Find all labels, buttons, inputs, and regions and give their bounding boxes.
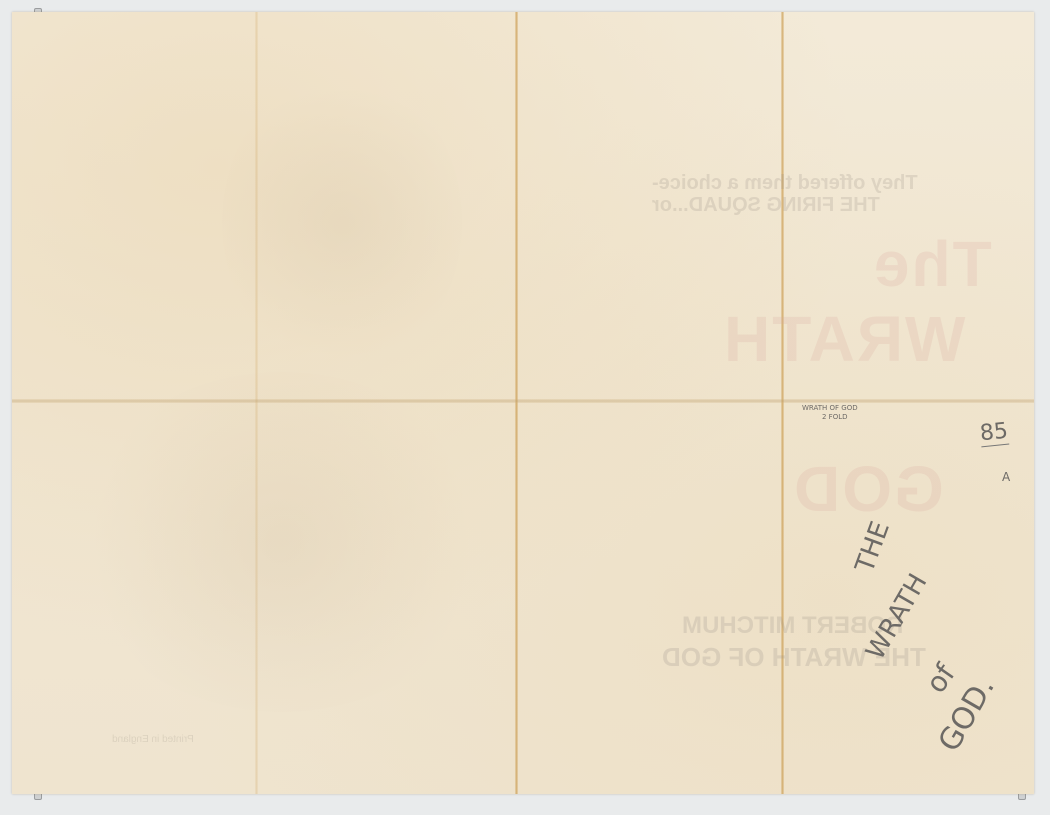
pencil-number: 85 bbox=[979, 419, 1010, 448]
ghost-portrait-figure bbox=[222, 72, 462, 372]
fold-crease-vertical-right bbox=[781, 12, 784, 794]
ghost-title-wrath: WRATH bbox=[722, 302, 965, 376]
ghost-tagline: They offered them a choice- THE FIRING S… bbox=[652, 172, 918, 216]
fold-crease-vertical-center bbox=[515, 12, 518, 794]
ghost-tagline-line2: THE FIRING SQUAD...or bbox=[652, 194, 918, 216]
pencil-title-line1: THE bbox=[850, 517, 896, 576]
pencil-note-line1: WRATH OF GOD bbox=[802, 404, 858, 413]
ghost-tagline-line1: They offered them a choice- bbox=[652, 172, 918, 194]
poster-sheet-back: They offered them a choice- THE FIRING S… bbox=[12, 12, 1034, 794]
ghost-action-figures bbox=[72, 372, 492, 712]
ghost-title-the: The bbox=[872, 227, 992, 301]
pencil-note-top: WRATH OF GOD 2 FOLD bbox=[802, 404, 858, 422]
pencil-letter: A bbox=[1002, 470, 1010, 484]
ghost-bottom-credit: Printed in England bbox=[112, 734, 194, 745]
pencil-note-line2: 2 FOLD bbox=[802, 413, 858, 422]
ghost-title-god: GOD bbox=[792, 452, 944, 526]
